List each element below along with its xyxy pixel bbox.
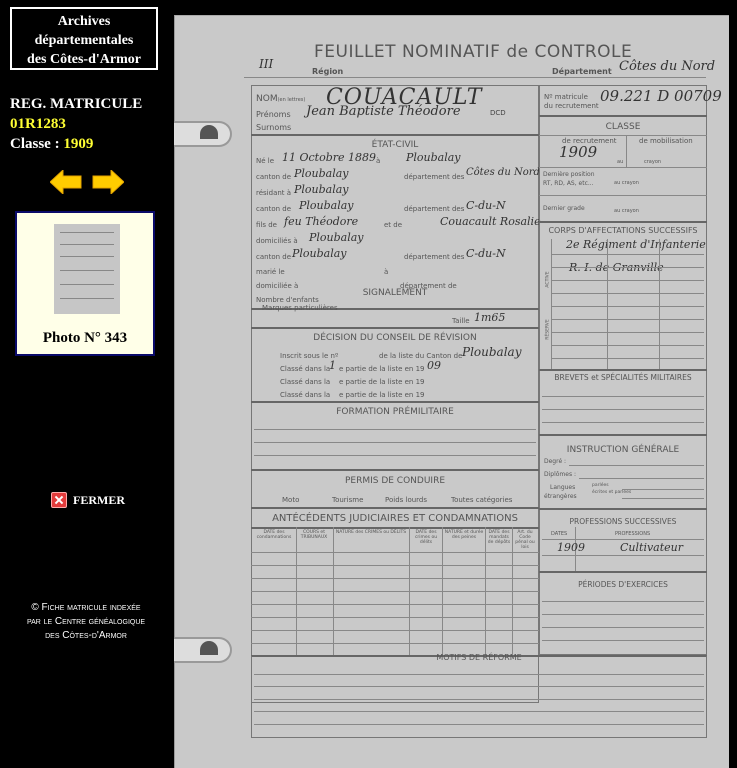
column-header: DATE des crimes ou délits [410, 530, 442, 545]
derniere-position-label: Dernière position [543, 171, 595, 178]
etrangeres-label: étrangères [544, 493, 577, 500]
column-header: Art. du Code pénal ou lois [513, 530, 537, 550]
next-page-button[interactable] [92, 170, 124, 194]
arrow-left-icon [50, 170, 82, 194]
field-value: 1 [329, 359, 336, 372]
photo-thumbnail-box: Photo N° 343 [15, 211, 155, 356]
field-value: Ploubalay [309, 231, 364, 244]
field-label: Classé dans la [280, 378, 330, 386]
permis-title: PERMIS DE CONDUIRE [251, 476, 539, 486]
field-label: fils de [256, 221, 277, 229]
departement-label: Département [552, 67, 612, 76]
field-label: à [384, 268, 388, 276]
field-label: département des [404, 173, 464, 181]
document-title: FEUILLET NOMINATIF de CONTROLE [314, 42, 632, 62]
etat-civil-title: ÉTAT-CIVIL [251, 140, 539, 150]
reforme-box [251, 655, 707, 738]
prenoms-value: Jean Baptiste Théodore [306, 104, 461, 119]
field-label: domiciliés à [256, 237, 298, 245]
region-label: Région [312, 67, 343, 76]
brevets-title: BREVETS et SPÉCIALITÉS MILITAIRES [539, 373, 707, 382]
nom-label: NOM(en lettres) [256, 94, 305, 104]
close-label: FERMER [73, 493, 125, 508]
register-document-image: FEUILLET NOMINATIF de CONTROLE III Régio… [174, 15, 729, 768]
prenoms-label: Prénoms [256, 110, 291, 119]
register-number: 01R1283 [10, 114, 142, 134]
matricule-label: du recrutement [544, 102, 599, 110]
photo-thumbnail[interactable] [54, 224, 120, 314]
dernier-grade-label: Dernier grade [543, 205, 585, 212]
antecedents-title: ANTÉCÉDENTS JUDICIAIRES ET CONDAMNATIONS [251, 513, 539, 524]
copyright-line: par le Centre généalogique [0, 615, 172, 629]
premilitaire-title: FORMATION PRÉMILITAIRE [251, 407, 539, 417]
column-header: NATURE des CRIMES ou DÉLITS [335, 530, 407, 535]
copyright-notice: © Fiche matricule indexée par le Centre … [0, 601, 172, 643]
taille-label: Taille [452, 317, 470, 325]
sidebar: Archives départementales des Côtes-d'Arm… [0, 0, 172, 768]
archives-logo[interactable]: Archives départementales des Côtes-d'Arm… [10, 7, 158, 70]
class-line: Classe : 1909 [10, 134, 142, 154]
periodes-title: PÉRIODES D'EXERCICES [539, 580, 707, 589]
copyright-line: © Fiche matricule indexée [0, 601, 172, 615]
matricule-value: 09.221 D 00709 [600, 87, 722, 105]
column-header: DATE des mandats de dépôts [487, 530, 511, 545]
crayon-note: au crayon [614, 180, 639, 186]
profession-value: Cultivateur [620, 541, 683, 554]
reserve-label: RÉSERVE [546, 319, 551, 339]
logo-line: départementales [12, 31, 156, 50]
field-label: Classé dans la [280, 365, 330, 373]
corps-title: CORPS D'AFFECTATIONS SUCCESSIFS [539, 226, 707, 235]
field-value: Ploubalay [294, 183, 349, 196]
birth-date: 11 Octobre 1889 [282, 151, 376, 164]
field-label: à [376, 157, 380, 165]
signalement-title: SIGNALEMENT [251, 288, 539, 298]
field-label: e partie de la liste en 19 [339, 378, 425, 386]
mobilisation-label: de mobilisation [639, 137, 693, 145]
professions-title: PROFESSIONS SUCCESSIVES [539, 517, 707, 526]
field-label: département des [404, 205, 464, 213]
field-value: 09 [427, 359, 441, 372]
register-label: REG. MATRICULE [10, 94, 142, 114]
field-label: marié le [256, 268, 285, 276]
close-button[interactable]: FERMER [51, 492, 125, 508]
field-value: Ploubalay [294, 167, 349, 180]
arrow-right-icon [92, 170, 124, 194]
profession-date: 1909 [557, 541, 585, 554]
class-label: Classe : [10, 136, 63, 152]
recrutement-value: 1909 [559, 143, 597, 161]
region-value: III [259, 57, 273, 71]
instruction-title: INSTRUCTION GÉNÉRALE [539, 445, 707, 455]
corps-entry: 2e Régiment d'Infanterie [566, 238, 706, 251]
column-header: NATURE et durée des peines [444, 530, 484, 540]
register-info: REG. MATRICULE 01R1283 Classe : 1909 [10, 94, 142, 154]
crayon-note: au crayon [614, 208, 639, 214]
class-value: 1909 [63, 136, 93, 152]
previous-page-button[interactable] [50, 170, 82, 194]
canton-value: Ploubalay [462, 345, 521, 359]
field-label: Classé dans la [280, 391, 330, 399]
permis-category: Moto [282, 496, 299, 504]
binder-ring [174, 637, 232, 663]
permis-category: Poids lourds [385, 496, 427, 504]
field-value: Côtes du Nord [466, 167, 540, 178]
revision-title: DÉCISION DU CONSEIL DE RÉVISION [251, 333, 539, 343]
parlees-label: parlées [592, 483, 609, 488]
field-label: canton de [256, 173, 291, 181]
classe-title: CLASSE [539, 122, 707, 132]
column-header: DATE des condamnations [253, 530, 295, 540]
page-navigation [50, 170, 125, 194]
field-label: e partie de la liste en 19 [339, 391, 425, 399]
field-value: C-du-N [466, 199, 506, 212]
canton-label: de la liste du Canton de [379, 352, 462, 360]
father-name: feu Théodore [284, 215, 358, 228]
field-label: résidant à [256, 189, 291, 197]
degre-label: Degré : [544, 458, 566, 465]
crayon-note: au [617, 159, 623, 165]
surnoms-label: Surnoms [256, 123, 291, 132]
active-label: ACTIVE [546, 271, 551, 287]
field-label: e partie de la liste en 19 [339, 365, 425, 373]
birth-place: Ploubalay [406, 151, 461, 164]
close-icon [51, 492, 67, 508]
logo-line: des Côtes-d'Armor [12, 50, 156, 69]
copyright-line: des Côtes-d'Armor [0, 629, 172, 643]
photo-number: Photo N° 343 [17, 330, 153, 347]
ecrites-label: écrites et parlées [592, 490, 631, 495]
field-label: et de [384, 221, 402, 229]
binder-ring [174, 121, 232, 147]
langues-label: Langues [550, 484, 575, 491]
matricule-label: Nº matricule [544, 93, 588, 101]
field-label: canton de [256, 205, 291, 213]
departement-value: Côtes du Nord [619, 59, 715, 74]
field-value: Ploubalay [292, 247, 347, 260]
permis-category: Toutes catégories [451, 496, 512, 504]
field-label: canton de [256, 253, 291, 261]
permis-category: Tourisme [332, 496, 363, 504]
prenoms-note: DCD [490, 109, 506, 117]
field-value: C-du-N [466, 247, 506, 260]
logo-line: Archives [12, 12, 156, 31]
mother-name: Couacault Rosalie [440, 215, 541, 228]
field-label: Né le [256, 157, 274, 165]
diplomes-label: Diplômes : [544, 471, 576, 478]
column-header: COURS et TRIBUNAUX [297, 530, 331, 540]
field-label: département des [404, 253, 464, 261]
crayon-note: crayon [644, 159, 661, 165]
taille-value: 1m65 [474, 311, 505, 324]
dates-label: DATES [551, 531, 567, 537]
professions-label: PROFESSIONS [615, 531, 650, 537]
derniere-position-label: RT, RD, AS, etc... [543, 180, 594, 187]
reforme-title: MOTIFS DE RÉFORME [251, 653, 707, 662]
marques-label: Marques particulières [262, 304, 338, 312]
field-value: Ploubalay [299, 199, 354, 212]
